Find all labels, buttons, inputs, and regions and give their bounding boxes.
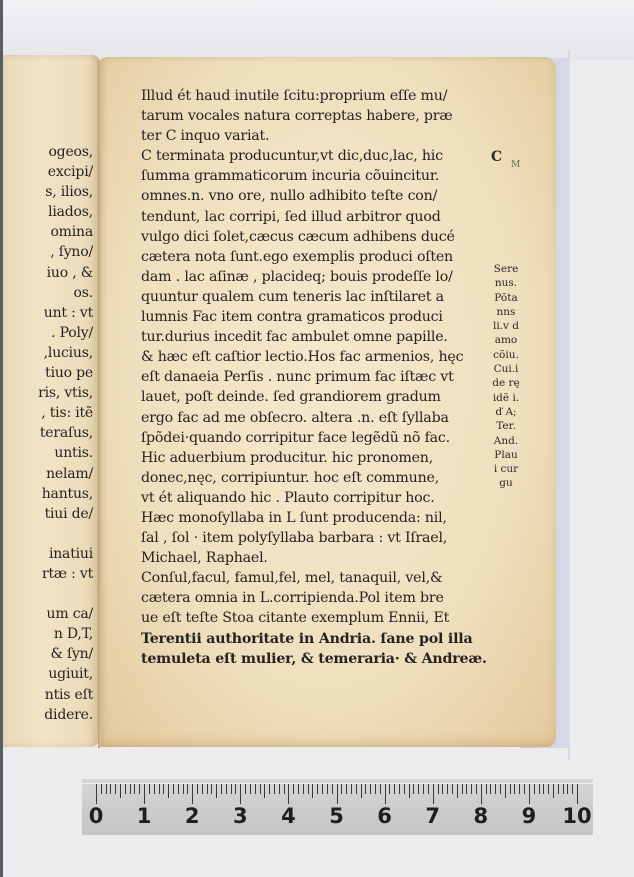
- ruler-tick: [452, 784, 453, 794]
- text-line: rtæ : vt: [3, 564, 93, 584]
- ruler-tick: [288, 784, 289, 804]
- ruler-tick: [361, 784, 362, 798]
- text-line: omnes.n. vno ore, nullo adhibito teſte c…: [141, 186, 486, 206]
- text-line: nelam/: [3, 464, 93, 484]
- text-line: Michael, Raphael.: [141, 548, 486, 568]
- ruler-tick: [274, 784, 275, 794]
- ruler-tick: [308, 784, 309, 794]
- ruler-tick: [216, 784, 217, 798]
- marginal-note: And.: [484, 434, 528, 448]
- text-line: lauet, poſt deinde. ſed grandiorem gradu…: [141, 387, 486, 407]
- right-page-text: Illud ét haud inutile ſcitu:proprium eſſ…: [141, 86, 486, 669]
- ruler-label: 6: [377, 804, 392, 828]
- ruler-tick: [231, 784, 232, 794]
- marginal-mark: M: [511, 160, 520, 170]
- ruler-tick: [409, 784, 410, 798]
- ruler-tick: [327, 784, 328, 794]
- marginal-note: Ter.: [484, 419, 528, 433]
- ruler-tick: [495, 784, 496, 794]
- ruler-tick: [514, 784, 515, 794]
- text-line: ogeos,: [3, 142, 93, 162]
- ruler-tick: [385, 784, 386, 804]
- text-line: um ca/: [3, 604, 93, 624]
- ruler-tick: [375, 784, 376, 794]
- ruler-tick: [317, 784, 318, 794]
- text-line: ergo fac ad me obſecro. altera .n. eſt ſ…: [141, 408, 486, 428]
- ruler-tick: [553, 784, 554, 798]
- ruler-tick: [438, 784, 439, 794]
- ruler-tick: [284, 784, 285, 794]
- ruler-tick: [303, 784, 304, 794]
- text-line: didere.: [3, 705, 93, 725]
- marginal-note: nus.: [484, 276, 528, 290]
- ruler-tick: [500, 784, 501, 794]
- ruler-tick: [192, 784, 193, 804]
- ruler-label: 0: [89, 804, 104, 828]
- ruler-tick: [298, 784, 299, 794]
- ruler-tick: [144, 784, 145, 804]
- ruler-tick: [519, 784, 520, 794]
- ruler-tick: [462, 784, 463, 794]
- ruler-tick: [178, 784, 179, 794]
- ruler-tick: [476, 784, 477, 794]
- text-line: , ſyno/: [3, 242, 93, 262]
- ruler-tick: [486, 784, 487, 794]
- ruler-tick: [389, 784, 390, 794]
- ruler-label: 5: [329, 804, 344, 828]
- ruler-tick: [322, 784, 323, 794]
- text-line: Hic aduerbium producitur. hic pronomen,: [141, 448, 486, 468]
- left-page-text: ogeos,excipi/s, ilios,liados,omina, ſyno…: [3, 142, 93, 725]
- text-line: [3, 584, 93, 604]
- text-line: omina: [3, 222, 93, 242]
- ruler-tick: [534, 784, 535, 794]
- ruler-tick: [413, 784, 414, 794]
- text-line: Hæc monoſyllaba in L ſunt producenda: ni…: [141, 508, 486, 528]
- text-line: dam . lac aſinæ , placideq; bouis prodeſ…: [141, 267, 486, 287]
- ruler-tick: [269, 784, 270, 794]
- ruler-tick: [154, 784, 155, 794]
- ruler-tick: [380, 784, 381, 794]
- ruler-tick: [341, 784, 342, 794]
- ruler-tick: [120, 784, 121, 798]
- ruler-tick: [312, 784, 313, 798]
- text-line: donec,nęc, corripiuntur. hoc eſt commune…: [141, 468, 486, 488]
- ruler-tick: [125, 784, 126, 794]
- ruler-tick: [187, 784, 188, 794]
- ruler-tick: [255, 784, 256, 794]
- ruler-tick: [173, 784, 174, 794]
- text-line: n D,T,: [3, 624, 93, 644]
- text-line: quuntur qualem cum teneris lac inſtilare…: [141, 287, 486, 307]
- text-line: temuleta eſt mulier, & temeraria· & Andr…: [141, 649, 486, 669]
- ruler-tick: [365, 784, 366, 794]
- text-line: ntis eſt: [3, 685, 93, 705]
- ruler-tick: [447, 784, 448, 794]
- ruler-tick: [202, 784, 203, 794]
- backdrop: [0, 0, 634, 60]
- text-line: tarum vocales natura correptas habere, p…: [141, 106, 486, 126]
- text-line: ,lucius,: [3, 343, 93, 363]
- ruler-tick: [106, 784, 107, 794]
- text-line: Terentii authoritate in Andria. ſane pol…: [141, 629, 486, 649]
- text-line: tiuo pe: [3, 363, 93, 383]
- ruler-tick: [404, 784, 405, 794]
- ruler-label: 8: [473, 804, 488, 828]
- text-line: vulgo dici ſolet,cæcus cæcum adhibens du…: [141, 227, 486, 247]
- marginal-note: Põta: [484, 291, 528, 305]
- ruler-tick: [149, 784, 150, 794]
- text-line: Conſul,facul, famul,fel, mel, tanaquil, …: [141, 568, 486, 588]
- ruler-tick: [260, 784, 261, 794]
- ruler-tick: [577, 784, 578, 804]
- ruler-tick: [240, 784, 241, 804]
- marginal-note: amo: [484, 333, 528, 347]
- marginal-note: Plau: [484, 448, 528, 462]
- ruler-label: 4: [281, 804, 296, 828]
- ruler-tick: [235, 784, 236, 794]
- ruler-tick: [457, 784, 458, 798]
- ruler-tick: [221, 784, 222, 794]
- text-line: tur.durius incedit fac ambulet omne papi…: [141, 327, 486, 347]
- ruler-tick: [370, 784, 371, 794]
- ruler-tick: [418, 784, 419, 794]
- ruler-tick: [524, 784, 525, 794]
- ruler-tick: [96, 784, 97, 804]
- text-line: tendunt, lac corripi, ſed illud arbitror…: [141, 207, 486, 227]
- marginal-note: Cui.i: [484, 362, 528, 376]
- text-line: & hæc eſt caſtior lectio.Hos fac armenio…: [141, 347, 486, 367]
- ruler-tick: [490, 784, 491, 794]
- ruler-tick: [293, 784, 294, 794]
- text-line: hantus,: [3, 484, 93, 504]
- text-line: teraſus,: [3, 423, 93, 443]
- ruler-tick: [351, 784, 352, 794]
- ruler-tick: [110, 784, 111, 794]
- ruler-tick: [394, 784, 395, 794]
- text-line: . Poly/: [3, 323, 93, 343]
- text-line: C terminata producuntur,vt dic,duc,lac, …: [141, 146, 486, 166]
- ruler-tick: [346, 784, 347, 794]
- ruler-tick: [428, 784, 429, 794]
- ruler-tick: [471, 784, 472, 794]
- text-line: , tis: itẽ: [3, 403, 93, 423]
- ruler-tick: [466, 784, 467, 794]
- marginal-note: idẽ i.: [484, 391, 528, 405]
- text-line: & ſyn/: [3, 644, 93, 664]
- marginal-note: ď A;: [484, 405, 528, 419]
- ruler-tick: [115, 784, 116, 794]
- ruler-tick: [505, 784, 506, 798]
- ruler-tick: [250, 784, 251, 794]
- ruler-tick: [548, 784, 549, 794]
- marginal-notes: Serenus.Põtannsli.v damocõiu.Cui.ide ręi…: [484, 262, 528, 491]
- marginal-note: de rę: [484, 376, 528, 390]
- ruler-tick: [130, 784, 131, 794]
- text-line: excipi/: [3, 162, 93, 182]
- text-line: inatiui: [3, 544, 93, 564]
- text-line: s, ilios,: [3, 182, 93, 202]
- ruler-label: 10: [562, 804, 591, 828]
- ruler-label: 1: [137, 804, 152, 828]
- text-line: Illud ét haud inutile ſcitu:proprium eſſ…: [141, 86, 486, 106]
- marginal-note: nns: [484, 305, 528, 319]
- ruler-tick: [567, 784, 568, 794]
- ruler-tick: [332, 784, 333, 794]
- ruler-tick: [442, 784, 443, 794]
- marginal-note: Sere: [484, 262, 528, 276]
- ruler-tick: [134, 784, 135, 794]
- ruler-tick: [529, 784, 530, 804]
- marginal-note: cõiu.: [484, 348, 528, 362]
- ruler-tick: [197, 784, 198, 794]
- text-line: vt ét aliquando hic . Plauto corripitur …: [141, 488, 486, 508]
- ruler-tick: [423, 784, 424, 794]
- scale-ruler: 012345678910: [82, 779, 593, 835]
- ruler-tick: [563, 784, 564, 794]
- ruler-tick: [139, 784, 140, 794]
- text-line: eſt danaeia Perſis . nunc primum fac iſt…: [141, 367, 486, 387]
- ruler-tick: [101, 784, 102, 794]
- marginal-note: li.v d: [484, 319, 528, 333]
- text-line: cætera omnia in L.corripienda.Pol item b…: [141, 588, 486, 608]
- ruler-tick: [168, 784, 169, 798]
- left-page: ogeos,excipi/s, ilios,liados,omina, ſyno…: [3, 55, 100, 747]
- marginal-letter: C: [491, 149, 502, 165]
- ruler-tick: [183, 784, 184, 794]
- ruler-tick: [207, 784, 208, 794]
- text-line: cætera nota ſunt.ego exemplis produci oſ…: [141, 247, 486, 267]
- ruler-tick: [163, 784, 164, 794]
- ruler-tick: [539, 784, 540, 794]
- text-line: lumnis Fac item contra gramaticos produc…: [141, 307, 486, 327]
- ruler-tick: [510, 784, 511, 794]
- ruler-label: 2: [185, 804, 200, 828]
- ruler-label: 3: [233, 804, 248, 828]
- ruler-tick: [356, 784, 357, 794]
- ruler-tick: [572, 784, 573, 794]
- text-line: tiui de/: [3, 504, 93, 524]
- text-line: ſpõdei·quando corripitur face legẽdũ nõ …: [141, 428, 486, 448]
- ruler-tick: [211, 784, 212, 794]
- ruler-label: 7: [425, 804, 440, 828]
- text-line: ſumma grammaticorum incuria cõuincitur.: [141, 166, 486, 186]
- book-gutter: [98, 60, 101, 748]
- text-line: ue eſt teſte Stoa citante exemplum Ennii…: [141, 608, 486, 628]
- ruler-tick: [264, 784, 265, 798]
- text-line: ris, vtis,: [3, 383, 93, 403]
- text-line: ugiuit,: [3, 664, 93, 684]
- marginal-note: gu: [484, 476, 528, 490]
- ruler-tick: [337, 784, 338, 804]
- text-line: os.: [3, 283, 93, 303]
- ruler-tick: [159, 784, 160, 794]
- text-line: iuo , &: [3, 263, 93, 283]
- text-line: untis.: [3, 443, 93, 463]
- ruler-tick: [279, 784, 280, 794]
- ruler-tick: [245, 784, 246, 794]
- ruler-label: 9: [522, 804, 537, 828]
- text-line: ſal , ſol · item polyſyllaba barbara : v…: [141, 528, 486, 548]
- text-line: [3, 524, 93, 544]
- ruler-tick: [399, 784, 400, 794]
- marginal-note: i cur: [484, 462, 528, 476]
- ruler-tick: [226, 784, 227, 794]
- text-line: liados,: [3, 202, 93, 222]
- ruler-tick: [558, 784, 559, 794]
- ruler-tick: [481, 784, 482, 804]
- text-line: unt : vt: [3, 303, 93, 323]
- text-line: ter C inquo variat.: [141, 126, 486, 146]
- ruler-tick: [433, 784, 434, 804]
- ruler-tick: [543, 784, 544, 794]
